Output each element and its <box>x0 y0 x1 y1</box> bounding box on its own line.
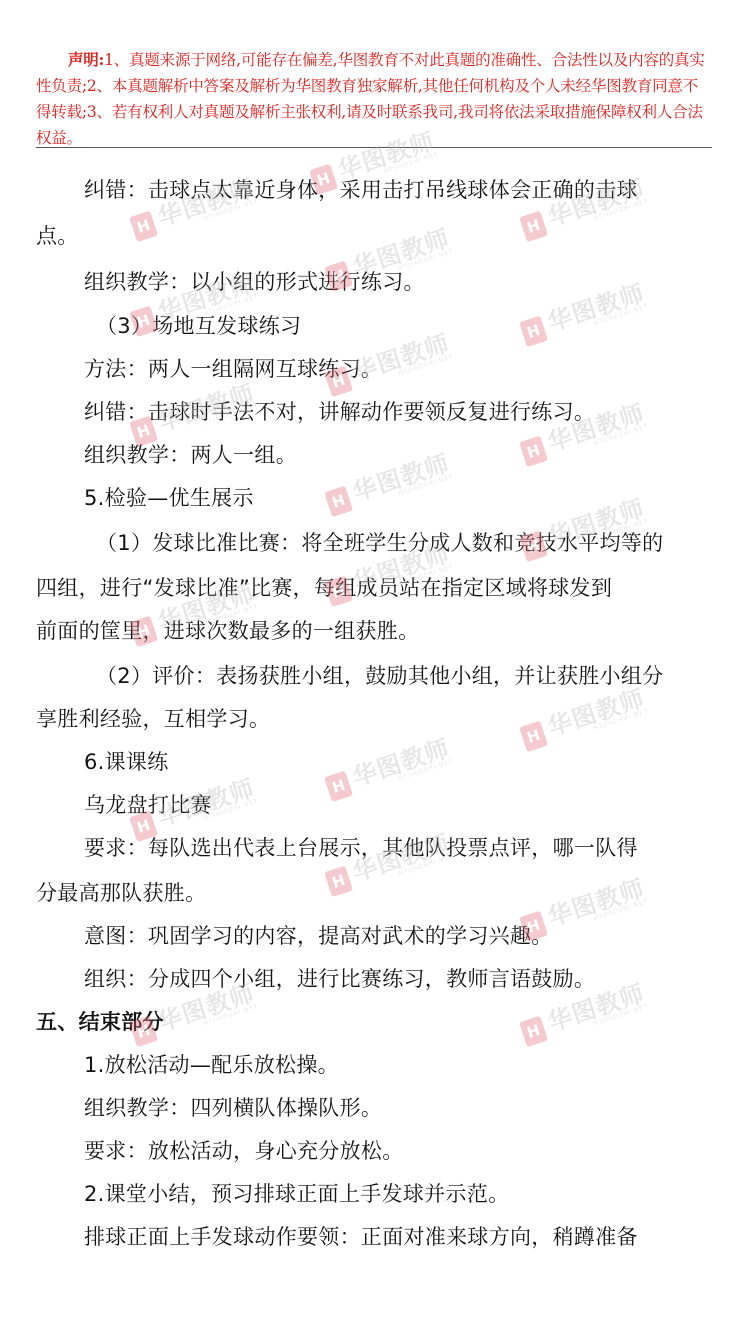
watermark-logo-icon: H <box>519 721 548 753</box>
text-line: 要求：放松活动，身心充分放松。 <box>84 1135 404 1165</box>
text-line: （3）场地互发球练习 <box>96 310 301 340</box>
disclaimer-text: 1、真题来源于网络,可能存在偏差,华图教育不对此真题的准确性、合法性以及内容的真… <box>36 51 705 147</box>
watermark: H华图教师HTJIAOSHI.NET <box>518 281 649 349</box>
watermark-logo-icon: H <box>324 771 353 803</box>
text-line: 排球正面上手发球动作要领：正面对准来球方向，稍蹲准备 <box>84 1221 638 1251</box>
text-line: 6.课课练 <box>84 746 169 776</box>
disclaimer-label: 声明: <box>68 50 104 69</box>
text-line: 分最高那队获胜。 <box>36 877 206 907</box>
disclaimer: 声明:1、真题来源于网络,可能存在偏差,华图教育不对此真题的准确性、合法性以及内… <box>36 47 712 151</box>
text-line: 组织教学：四列横队体操队形。 <box>84 1092 382 1122</box>
watermark: H华图教师HTJIAOSHI.NET <box>323 736 454 804</box>
watermark-logo-icon: H <box>519 316 548 348</box>
text-line: 要求：每队选出代表上台展示，其他队投票点评，哪一队得 <box>84 832 638 862</box>
text-line: 四组，进行“发球比准”比赛，每组成员站在指定区域将球发到 <box>36 572 612 602</box>
section-heading: 五、结束部分 <box>36 1006 164 1036</box>
watermark: H华图教师HTJIAOSHI.NET <box>518 686 649 754</box>
watermark-sub: HTJIAOSHI.NET <box>553 424 650 461</box>
text-line: 组织教学：以小组的形式进行练习。 <box>84 266 425 296</box>
text-line: 纠错：击球点太靠近身体，采用击打吊线球体会正确的击球 <box>84 174 638 204</box>
watermark-text: 华图教师 <box>545 876 648 930</box>
text-line: 方法：两人一组隔网互球练习。 <box>84 353 382 383</box>
watermark-text: 华图教师 <box>350 451 453 505</box>
watermark: H华图教师HTJIAOSHI.NET <box>323 451 454 519</box>
watermark-sub: HTJIAOSHI.NET <box>358 759 455 796</box>
watermark-sub: HTJIAOSHI.NET <box>553 199 650 236</box>
watermark-sub: HTJIAOSHI.NET <box>553 709 650 746</box>
watermark-text: 华图教师 <box>350 736 453 790</box>
watermark-sub: HTJIAOSHI.NET <box>553 899 650 936</box>
watermark-logo-icon: H <box>324 866 353 898</box>
watermark-sub: HTJIAOSHI.NET <box>163 199 260 236</box>
watermark-text: 华图教师 <box>545 686 648 740</box>
text-line: 乌龙盘打比赛 <box>84 789 212 819</box>
divider <box>36 147 712 148</box>
watermark-sub: HTJIAOSHI.NET <box>553 1004 650 1041</box>
text-line: 2.课堂小结，预习排球正面上手发球并示范。 <box>84 1178 509 1208</box>
text-line: 1.放松活动—配乐放松操。 <box>84 1049 339 1079</box>
text-line: （1）发球比准比赛：将全班学生分成人数和竞技水平均等的 <box>96 527 663 557</box>
watermark-logo-icon: H <box>129 211 158 243</box>
text-line: （2）评价：表扬获胜小组，鼓励其他小组，并让获胜小组分 <box>96 660 663 690</box>
text-line: 享胜利经验，互相学习。 <box>36 703 270 733</box>
watermark-sub: HTJIAOSHI.NET <box>553 304 650 341</box>
text-line: 组织教学：两人一组。 <box>84 439 297 469</box>
watermark-sub: HTJIAOSHI.NET <box>163 1004 260 1041</box>
text-line: 意图：巩固学习的内容，提高对武术的学习兴趣。 <box>84 920 553 950</box>
watermark-logo-icon: H <box>519 1016 548 1048</box>
text-line: 5.检验—优生展示 <box>84 482 254 512</box>
text-line: 前面的筐里，进球次数最多的一组获胜。 <box>36 615 419 645</box>
watermark-logo-icon: H <box>519 436 548 468</box>
text-line: 组织：分成四个小组，进行比赛练习，教师言语鼓励。 <box>84 963 595 993</box>
watermark-sub: HTJIAOSHI.NET <box>358 474 455 511</box>
watermark-logo-icon: H <box>519 211 548 243</box>
text-line: 纠错：击球时手法不对，讲解动作要领反复进行练习。 <box>84 396 595 426</box>
text-line: 点。 <box>36 220 79 250</box>
watermark-logo-icon: H <box>324 486 353 518</box>
watermark-text: 华图教师 <box>545 281 648 335</box>
